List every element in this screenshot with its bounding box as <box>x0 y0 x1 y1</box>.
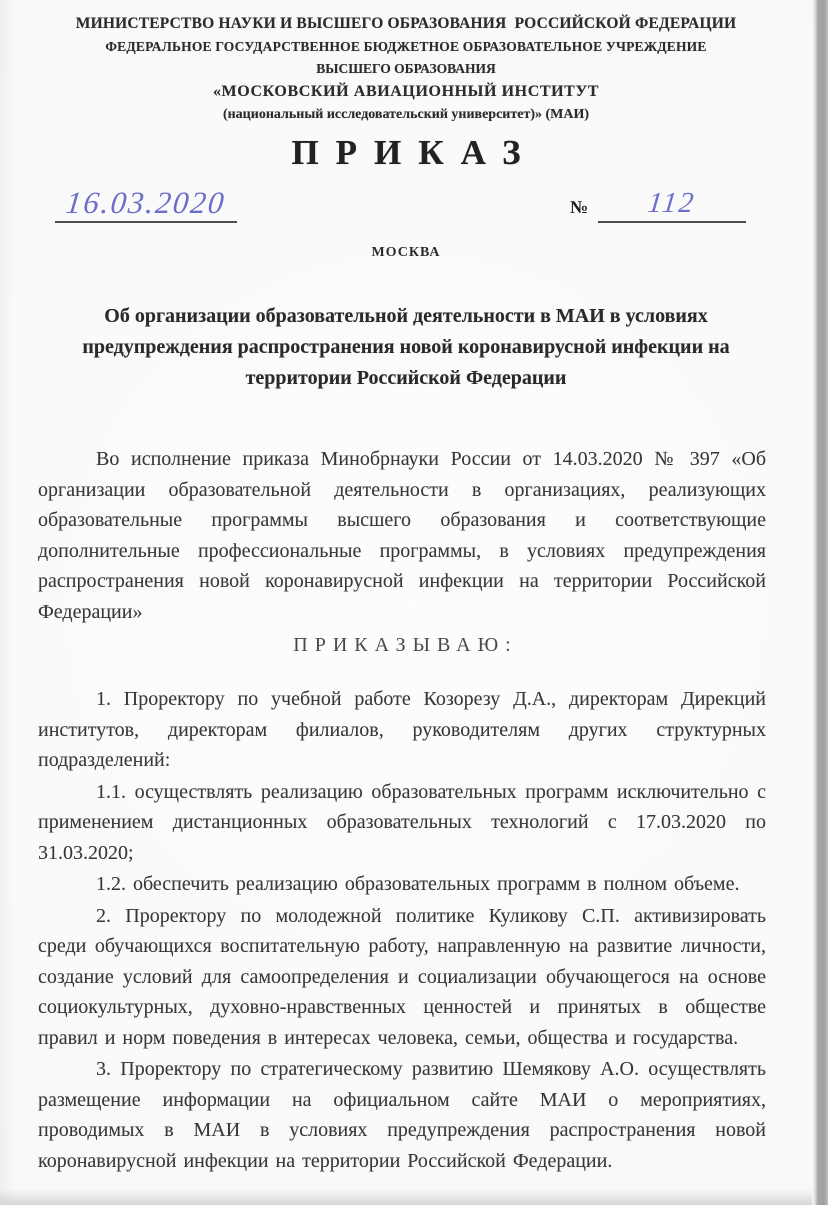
date-number-row: 16.03.2020 № 112 <box>0 185 812 235</box>
handwritten-number: 112 <box>646 185 697 221</box>
scanned-order-document: МИНИСТЕРСТВО НАУКИ И ВЫСШЕГО ОБРАЗОВАНИЯ… <box>0 0 828 1205</box>
order-item-1-1: 1.1. осуществлять реализацию образовател… <box>38 777 766 869</box>
decree-word: ПРИКАЗЫВАЮ: <box>38 633 766 657</box>
document-content: МИНИСТЕРСТВО НАУКИ И ВЫСШЕГО ОБРАЗОВАНИЯ… <box>0 0 812 1176</box>
order-item-2: 2. Проректору по молодежной политике Кул… <box>38 901 766 1054</box>
handwritten-date: 16.03.2020 <box>64 185 227 221</box>
order-item-1-2: 1.2. обеспечить реализацию образовательн… <box>38 869 766 900</box>
university-name-line1: «МОСКОВСКИЙ АВИАЦИОННЫЙ ИНСТИТУТ <box>30 83 782 101</box>
order-item-3: 3. Проректору по стратегическому развити… <box>38 1054 766 1176</box>
preamble-paragraph: Во исполнение приказа Минобрнауки России… <box>38 444 766 627</box>
page-bottom-shadow <box>0 1189 812 1205</box>
university-name-line2: (национальный исследовательский универси… <box>30 107 782 123</box>
institution-type: ФЕДЕРАЛЬНОЕ ГОСУДАРСТВЕННОЕ БЮДЖЕТНОЕ ОБ… <box>30 39 782 54</box>
date-field: 16.03.2020 <box>55 185 237 223</box>
order-body: Во исполнение приказа Минобрнауки России… <box>38 444 766 1176</box>
number-blank-line: 112 <box>598 185 746 223</box>
page-right-edge-shadow <box>812 0 828 1205</box>
doc-type-heading: ПРИКАЗ <box>0 133 812 173</box>
order-item-1: 1. Проректору по учебной работе Козорезу… <box>38 684 766 776</box>
education-level: ВЫСШЕГО ОБРАЗОВАНИЯ <box>30 61 782 76</box>
number-sign: № <box>570 197 588 218</box>
order-title: Об организации образовательной деятельно… <box>55 301 757 394</box>
city-label: МОСКВА <box>0 245 812 261</box>
ministry-name: МИНИСТЕРСТВО НАУКИ И ВЫСШЕГО ОБРАЗОВАНИЯ… <box>30 15 782 32</box>
